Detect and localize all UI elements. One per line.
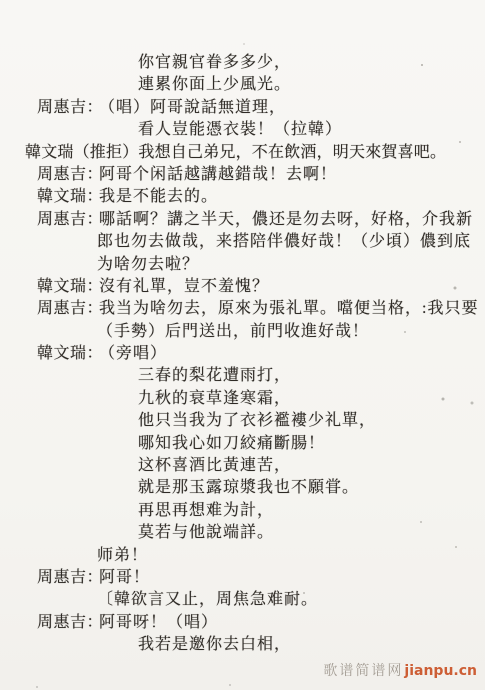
script-line: 周惠吉：我当为啥勿去，原來为張礼單。噹便当格，:我只要 <box>0 298 485 320</box>
line-text: 阿哥个闲話越講越錯哉！去啊！ <box>99 166 337 183</box>
line-text: 哪知我心如刀絞痛斷腸！ <box>138 435 325 452</box>
line-text: 再思再想难为計， <box>138 502 274 519</box>
script-line: 再思再想难为計， <box>0 500 485 522</box>
script-line: 他只当我为了衣衫襤褸少礼單， <box>0 410 485 432</box>
watermark: 歌谱简谱网jianpu.cn <box>323 662 477 681</box>
script-line: 师弟！ <box>0 545 485 567</box>
speaker-name: 周惠吉： <box>37 612 99 634</box>
script-line: 九秋的衰草逢寒霜， <box>0 388 485 410</box>
script-line: 韓文瑞：我是不能去的。 <box>0 186 485 208</box>
line-text: 九秋的衰草逢寒霜， <box>138 390 291 407</box>
script-line: 看人豈能憑衣裝！（拉韓） <box>0 119 485 141</box>
line-text: 我是不能去的。 <box>99 188 218 205</box>
script-line: 周惠吉：阿哥个闲話越講越錯哉！去啊！ <box>0 164 485 186</box>
script-line: 就是那玉露琼漿我也不願甞。 <box>0 477 485 499</box>
script-line: 韓文瑞：（旁唱） <box>0 343 485 365</box>
line-text: 看人豈能憑衣裝！（拉韓） <box>138 121 342 138</box>
script-line: 周惠吉：哪話啊？講之半天，儂还是勿去呀，好格，介我新 <box>0 209 485 231</box>
line-text: 为啥勿去啦？ <box>97 256 199 273</box>
line-text: 三春的梨花遭雨打， <box>138 367 291 384</box>
script-line: 郎也勿去做哉，来搭陪伴儂好哉！（少頃）儂到底 <box>0 231 485 253</box>
watermark-site-name: 歌谱简谱网 <box>323 664 403 679</box>
line-text: （手勢）后門送出，前門收進好哉！ <box>97 323 369 340</box>
watermark-site-url: jianpu.cn <box>404 663 477 679</box>
line-text: （唱）阿哥說話無道理， <box>99 99 286 116</box>
line-text: 这杯喜酒比黃連苦， <box>138 457 291 474</box>
script-line: 連累你面上少風光。 <box>0 74 485 96</box>
line-text: 〔韓欲言又止，周焦急难耐。 <box>97 591 318 608</box>
speaker-name: 周惠吉： <box>37 209 99 231</box>
line-text: 沒有礼單，豈不羞愧？ <box>99 278 269 295</box>
script-line: 哪知我心如刀絞痛斷腸！ <box>0 433 485 455</box>
line-text: 哪話啊？講之半天，儂还是勿去呀，好格，介我新 <box>99 211 473 228</box>
script-line: 周惠吉：阿哥！ <box>0 567 485 589</box>
script-line: 〔韓欲言又止，周焦急难耐。 <box>0 589 485 611</box>
line-text: 郎也勿去做哉，来搭陪伴儂好哉！（少頃）儂到底 <box>97 233 471 250</box>
line-text: 我当为啥勿去，原來为張礼單。噹便当格，:我只要 <box>99 300 478 317</box>
script-lines: 你官親官眷多多少，連累你面上少風光。周惠吉：（唱）阿哥說話無道理，看人豈能憑衣裝… <box>0 52 485 657</box>
script-line: 三春的梨花遭雨打， <box>0 365 485 387</box>
scan-specks <box>0 0 2 2</box>
line-text: 阿哥！ <box>99 569 150 586</box>
line-text: 他只当我为了衣衫襤褸少礼單， <box>138 412 376 429</box>
line-text: 你官親官眷多多少， <box>138 54 291 71</box>
script-line: 你官親官眷多多少， <box>0 52 485 74</box>
script-line: 这杯喜酒比黃連苦， <box>0 455 485 477</box>
line-text: 师弟！ <box>97 547 148 564</box>
line-text: （旁唱） <box>99 345 167 362</box>
speaker-name: 韓文瑞： <box>37 186 99 208</box>
line-text: 就是那玉露琼漿我也不願甞。 <box>138 479 359 496</box>
speaker-name: 韓文瑞： <box>37 343 99 365</box>
script-line: 为啥勿去啦？ <box>0 254 485 276</box>
line-text: 阿哥呀！（唱） <box>99 614 218 631</box>
line-text: 韓文瑞（推拒）我想自己弟兄，不在飲酒，明天來賀喜吧。 <box>25 144 446 161</box>
speaker-name: 周惠吉： <box>37 164 99 186</box>
line-text: 連累你面上少風光。 <box>138 76 291 93</box>
script-line: 我若是邀你去白相， <box>0 634 485 656</box>
script-line: 周惠吉：阿哥呀！（唱） <box>0 612 485 634</box>
scanned-script-page: 你官親官眷多多少，連累你面上少風光。周惠吉：（唱）阿哥說話無道理，看人豈能憑衣裝… <box>0 0 485 690</box>
script-line: 莫若与他說端詳。 <box>0 522 485 544</box>
speaker-name: 周惠吉： <box>37 97 99 119</box>
script-line: 韓文瑞（推拒）我想自己弟兄，不在飲酒，明天來賀喜吧。 <box>0 142 485 164</box>
speaker-name: 周惠吉： <box>37 298 99 320</box>
line-text: 莫若与他說端詳。 <box>138 524 274 541</box>
script-line: 韓文瑞：沒有礼單，豈不羞愧？ <box>0 276 485 298</box>
script-line: 周惠吉：（唱）阿哥說話無道理， <box>0 97 485 119</box>
script-line: （手勢）后門送出，前門收進好哉！ <box>0 321 485 343</box>
line-text: 我若是邀你去白相， <box>138 636 291 653</box>
speaker-name: 周惠吉： <box>37 567 99 589</box>
speaker-name: 韓文瑞： <box>37 276 99 298</box>
